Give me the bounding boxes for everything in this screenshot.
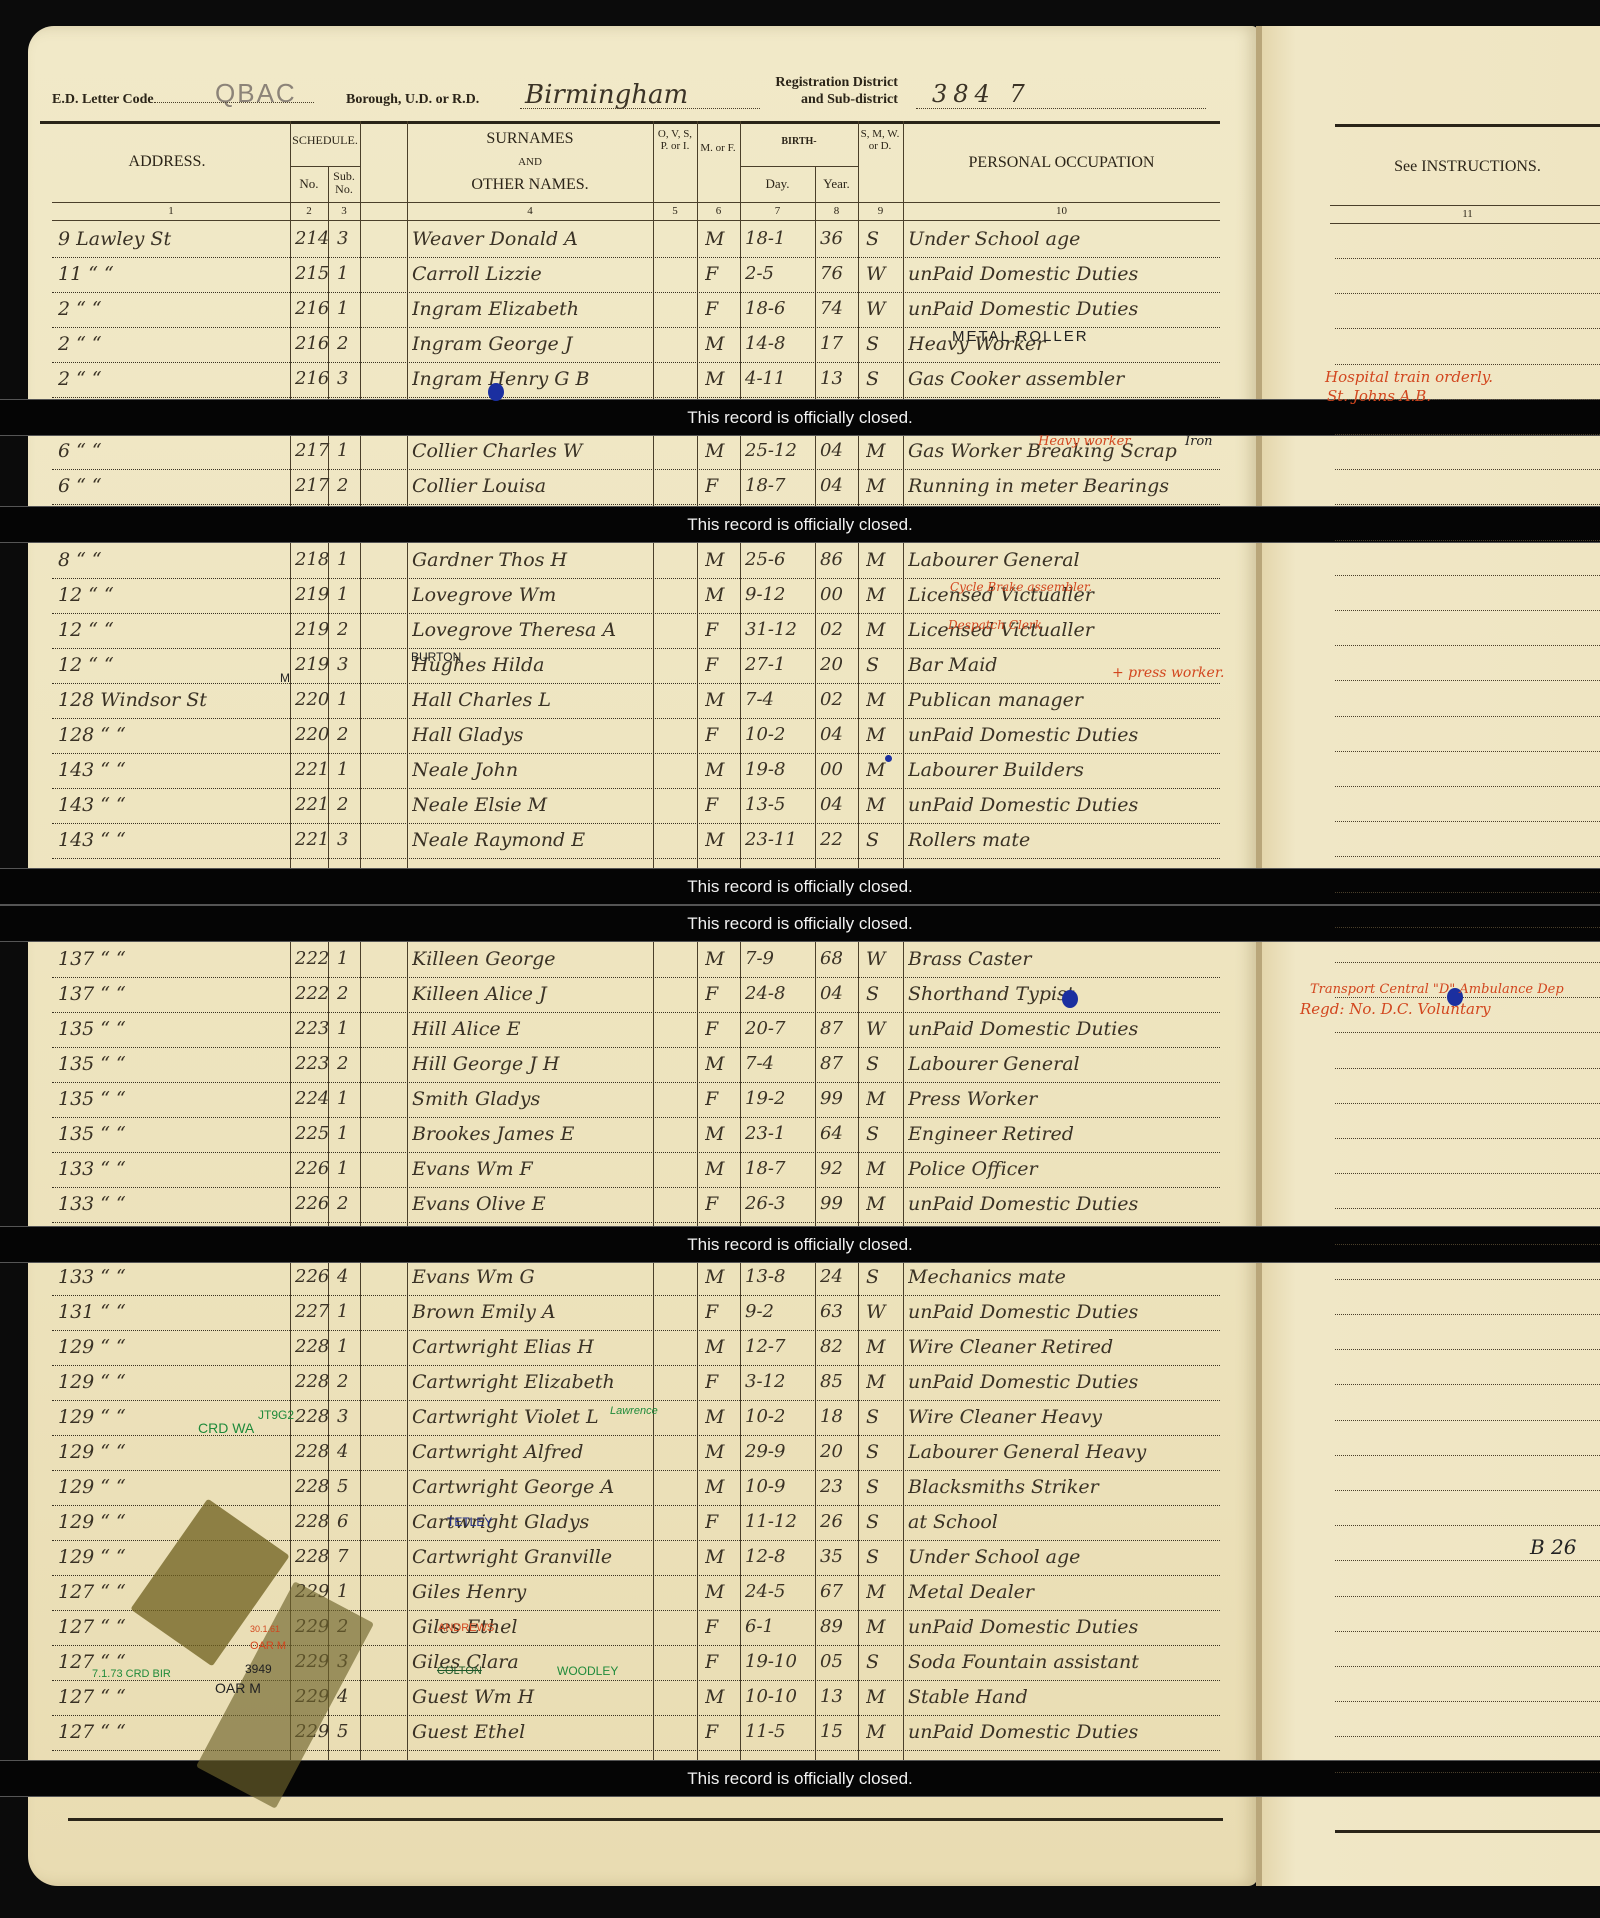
cell-year: 64 bbox=[820, 1123, 856, 1144]
census-row: 11 “ “2151Carroll LizzieF2-576WunPaid Do… bbox=[52, 257, 1220, 293]
ruled-line bbox=[1335, 257, 1600, 259]
annotation-metal-roller: METAL ROLLER bbox=[952, 328, 1089, 345]
census-row: 137 “ “2222Killeen Alice JF24-804SShorth… bbox=[52, 977, 1220, 1013]
census-row: 127 “ “2293Giles ClaraF19-1005SSoda Foun… bbox=[52, 1645, 1220, 1681]
cell-status: S bbox=[866, 1651, 896, 1673]
cell-occupation: Under School age bbox=[908, 1546, 1218, 1568]
cell-year: 13 bbox=[820, 1686, 856, 1707]
cell-day: 25-6 bbox=[745, 549, 813, 570]
cell-day: 23-1 bbox=[745, 1123, 813, 1144]
cell-day: 11-12 bbox=[745, 1511, 813, 1532]
col-header-sex: M. or F. bbox=[700, 142, 736, 154]
cell-address: 12 “ “ bbox=[58, 619, 283, 641]
census-row: 129 “ “2282Cartwright ElizabethF3-1285Mu… bbox=[52, 1365, 1220, 1401]
cell-year: 87 bbox=[820, 1053, 856, 1074]
cell-no: 222 bbox=[295, 983, 335, 1004]
cell-no: 222 bbox=[295, 948, 335, 969]
cell-no: 228 bbox=[295, 1511, 335, 1532]
cell-no: 216 bbox=[295, 298, 335, 319]
annotation-colton: COLTON bbox=[437, 1665, 482, 1677]
cell-status: W bbox=[866, 1018, 896, 1040]
ruled-line bbox=[1335, 1665, 1600, 1667]
cell-day: 31-12 bbox=[745, 619, 813, 640]
cell-name: Guest Wm H bbox=[412, 1686, 648, 1708]
cell-no: 217 bbox=[295, 475, 335, 496]
cell-name: Neale John bbox=[412, 759, 648, 781]
cell-sub: 1 bbox=[337, 1581, 357, 1602]
column-number: 9 bbox=[858, 205, 903, 217]
census-row: 135 “ “2251Brookes James EM23-164SEngine… bbox=[52, 1117, 1220, 1153]
census-row: 135 “ “2232Hill George J HM7-487SLaboure… bbox=[52, 1047, 1220, 1083]
census-row: 133 “ “2261Evans Wm FM18-792MPolice Offi… bbox=[52, 1152, 1220, 1188]
cell-sex: F bbox=[705, 654, 735, 676]
cell-sub: 1 bbox=[337, 1018, 357, 1039]
cell-day: 4-11 bbox=[745, 368, 813, 389]
cell-no: 227 bbox=[295, 1301, 335, 1322]
cell-name: Cartwright Granville bbox=[412, 1546, 648, 1568]
ruled-line bbox=[1335, 855, 1600, 857]
ruled-line bbox=[1335, 1172, 1600, 1174]
cell-name: Collier Charles W bbox=[412, 440, 648, 462]
cell-occupation: at School bbox=[908, 1511, 1218, 1533]
cell-occupation: unPaid Domestic Duties bbox=[908, 263, 1218, 285]
cell-address: 128 Windsor St bbox=[58, 689, 283, 711]
cell-name: Guest Ethel bbox=[412, 1721, 648, 1743]
cell-address: 137 “ “ bbox=[58, 948, 283, 970]
ruled-line bbox=[1335, 715, 1600, 717]
cell-sex: M bbox=[705, 1546, 735, 1568]
cell-address: 143 “ “ bbox=[58, 794, 283, 816]
cell-year: 04 bbox=[820, 475, 856, 496]
cell-sub: 4 bbox=[337, 1686, 357, 1707]
cell-status: M bbox=[866, 1616, 896, 1638]
cell-name: Cartwright George A bbox=[412, 1476, 648, 1498]
annotation-woodley: WOODLEY bbox=[557, 1664, 618, 1678]
cell-address: 8 “ “ bbox=[58, 549, 283, 571]
cell-no: 228 bbox=[295, 1371, 335, 1392]
cell-occupation: unPaid Domestic Duties bbox=[908, 1193, 1218, 1215]
cell-name: Carroll Lizzie bbox=[412, 263, 648, 285]
cell-day: 10-10 bbox=[745, 1686, 813, 1707]
cell-no: 228 bbox=[295, 1546, 335, 1567]
cell-status: S bbox=[866, 333, 896, 355]
cell-day: 27-1 bbox=[745, 654, 813, 675]
cell-day: 2-5 bbox=[745, 263, 813, 284]
census-row: 133 “ “2262Evans Olive EF26-399MunPaid D… bbox=[52, 1187, 1220, 1223]
cell-sub: 7 bbox=[337, 1546, 357, 1567]
cell-year: 02 bbox=[820, 619, 856, 640]
ruled-line bbox=[1335, 1771, 1600, 1773]
annotation-st-johns: St. Johns A.B. bbox=[1327, 387, 1431, 405]
cell-sex: M bbox=[705, 1158, 735, 1180]
cell-day: 13-5 bbox=[745, 794, 813, 815]
cell-address: 129 “ “ bbox=[58, 1476, 283, 1498]
cell-sex: M bbox=[705, 829, 735, 851]
cell-day: 19-10 bbox=[745, 1651, 813, 1672]
cell-sub: 1 bbox=[337, 549, 357, 570]
cell-status: W bbox=[866, 1301, 896, 1323]
cell-sub: 1 bbox=[337, 1158, 357, 1179]
cell-day: 29-9 bbox=[745, 1441, 813, 1462]
col-header-schedule-sub: Sub. No. bbox=[328, 170, 360, 196]
cell-name: Weaver Donald A bbox=[412, 228, 648, 250]
cell-sub: 5 bbox=[337, 1721, 357, 1742]
ruled-line bbox=[1335, 1067, 1600, 1069]
cell-sex: F bbox=[705, 1371, 735, 1393]
cell-status: S bbox=[866, 1441, 896, 1463]
census-row: 6 “ “2172Collier LouisaF18-704MRunning i… bbox=[52, 469, 1220, 505]
cell-day: 18-7 bbox=[745, 475, 813, 496]
cell-sub: 2 bbox=[337, 983, 357, 1004]
header-bottom-rule bbox=[52, 202, 1220, 203]
right-header-bottom-rule bbox=[1330, 205, 1600, 206]
census-row: 143 “ “2213Neale Raymond EM23-1122SRolle… bbox=[52, 823, 1220, 859]
cell-occupation: Engineer Retired bbox=[908, 1123, 1218, 1145]
cell-address: 12 “ “ bbox=[58, 584, 283, 606]
cell-status: M bbox=[866, 619, 896, 641]
cell-year: 99 bbox=[820, 1193, 856, 1214]
ink-dot bbox=[885, 755, 892, 762]
ruled-line bbox=[1335, 1559, 1600, 1561]
ruled-line bbox=[1335, 1383, 1600, 1385]
cell-address: 133 “ “ bbox=[58, 1266, 283, 1288]
cell-address: 135 “ “ bbox=[58, 1088, 283, 1110]
ruled-line bbox=[1335, 1207, 1600, 1209]
ruled-line bbox=[1335, 503, 1600, 505]
ruled-line bbox=[1335, 574, 1600, 576]
cell-no: 219 bbox=[295, 654, 335, 675]
cell-year: 86 bbox=[820, 549, 856, 570]
cell-day: 9-2 bbox=[745, 1301, 813, 1322]
ruled-line bbox=[1335, 1489, 1600, 1491]
cell-sub: 3 bbox=[337, 654, 357, 675]
cell-address: 128 “ “ bbox=[58, 724, 283, 746]
cell-year: 89 bbox=[820, 1616, 856, 1637]
cell-sub: 1 bbox=[337, 1123, 357, 1144]
borough-value: Birmingham bbox=[525, 80, 688, 110]
cell-no: 228 bbox=[295, 1441, 335, 1462]
cell-year: 85 bbox=[820, 1371, 856, 1392]
cell-day: 25-12 bbox=[745, 440, 813, 461]
cell-sex: F bbox=[705, 1511, 735, 1533]
cell-day: 10-9 bbox=[745, 1476, 813, 1497]
cell-sex: F bbox=[705, 794, 735, 816]
cell-sub: 3 bbox=[337, 368, 357, 389]
ruled-line bbox=[1335, 644, 1600, 646]
cell-no: 221 bbox=[295, 794, 335, 815]
col-header-ovspi: O, V, S, P. or I. bbox=[655, 128, 695, 152]
borough-dotted-line bbox=[520, 108, 760, 109]
cell-name: Giles Henry bbox=[412, 1581, 648, 1603]
cell-name: Hall Gladys bbox=[412, 724, 648, 746]
cell-day: 10-2 bbox=[745, 724, 813, 745]
cell-status: M bbox=[866, 1686, 896, 1708]
annotation-lawrence: Lawrence bbox=[610, 1405, 658, 1417]
cell-occupation: Publican manager bbox=[908, 689, 1218, 711]
col-header-birth: BIRTH- bbox=[740, 136, 858, 147]
ruled-line bbox=[1335, 1454, 1600, 1456]
cell-sub: 1 bbox=[337, 759, 357, 780]
cell-name: Hall Charles L bbox=[412, 689, 648, 711]
cell-address: 2 “ “ bbox=[58, 298, 283, 320]
annotation-green-crd: CRD WA bbox=[198, 1420, 254, 1436]
cell-day: 24-5 bbox=[745, 1581, 813, 1602]
cell-status: M bbox=[866, 584, 896, 606]
cell-status: S bbox=[866, 1476, 896, 1498]
col-header-and: AND bbox=[407, 156, 653, 168]
cell-address: 12 “ “ bbox=[58, 654, 283, 676]
cell-sex: F bbox=[705, 619, 735, 641]
closed-record-banner: This record is officially closed. bbox=[0, 905, 1600, 942]
cell-occupation: Brass Caster bbox=[908, 948, 1218, 970]
cell-status: M bbox=[866, 1158, 896, 1180]
column-number: 6 bbox=[697, 205, 740, 217]
cell-occupation: Metal Dealer bbox=[908, 1581, 1218, 1603]
cell-sub: 1 bbox=[337, 584, 357, 605]
cell-sex: M bbox=[705, 689, 735, 711]
cell-day: 10-2 bbox=[745, 1406, 813, 1427]
cell-status: S bbox=[866, 1511, 896, 1533]
annotation-m-mark: M bbox=[280, 671, 290, 685]
cell-sub: 2 bbox=[337, 475, 357, 496]
cell-sub: 2 bbox=[337, 724, 357, 745]
census-row: 2 “ “2163Ingram Henry G BM4-1113SGas Coo… bbox=[52, 362, 1220, 398]
col-header-day: Day. bbox=[740, 177, 815, 191]
cell-name: Neale Elsie M bbox=[412, 794, 648, 816]
cell-sex: M bbox=[705, 440, 735, 462]
cell-sub: 2 bbox=[337, 1053, 357, 1074]
cell-sex: F bbox=[705, 1088, 735, 1110]
cell-address: 2 “ “ bbox=[58, 333, 283, 355]
cell-status: S bbox=[866, 1546, 896, 1568]
ink-blot bbox=[1062, 990, 1078, 1008]
census-row: 135 “ “2241Smith GladysF19-299MPress Wor… bbox=[52, 1082, 1220, 1118]
cell-day: 12-8 bbox=[745, 1546, 813, 1567]
cell-status: W bbox=[866, 948, 896, 970]
cell-no: 223 bbox=[295, 1053, 335, 1074]
cell-occupation: Police Officer bbox=[908, 1158, 1218, 1180]
cell-address: 2 “ “ bbox=[58, 368, 283, 390]
cell-status: S bbox=[866, 1406, 896, 1428]
right-number-rule bbox=[1330, 223, 1600, 224]
col-header-other-names: OTHER NAMES. bbox=[407, 176, 653, 194]
cell-sex: F bbox=[705, 1616, 735, 1638]
cell-status: M bbox=[866, 724, 896, 746]
registration-dotted-line bbox=[916, 108, 1206, 109]
annotation-burton: BURTON bbox=[411, 650, 461, 664]
cell-year: 04 bbox=[820, 724, 856, 745]
cell-status: M bbox=[866, 1581, 896, 1603]
ed-letter-code-label: E.D. Letter Code bbox=[52, 92, 314, 108]
cell-sex: M bbox=[705, 948, 735, 970]
cell-day: 20-7 bbox=[745, 1018, 813, 1039]
cell-year: 15 bbox=[820, 1721, 856, 1742]
cell-occupation: Soda Fountain assistant bbox=[908, 1651, 1218, 1673]
col-header-year: Year. bbox=[815, 177, 858, 191]
cell-day: 23-11 bbox=[745, 829, 813, 850]
annotation-transport-central: Transport Central "D" Ambulance Dep bbox=[1310, 982, 1564, 997]
cell-occupation: Gas Cooker assembler bbox=[908, 368, 1218, 390]
annotation-despatch-clerk: Despatch Clerk bbox=[948, 618, 1042, 632]
cell-name: Evans Wm F bbox=[412, 1158, 648, 1180]
cell-address: 135 “ “ bbox=[58, 1123, 283, 1145]
cell-sex: M bbox=[705, 1336, 735, 1358]
cell-occupation: Wire Cleaner Heavy bbox=[908, 1406, 1218, 1428]
cell-day: 19-2 bbox=[745, 1088, 813, 1109]
annotation-andrews: ANDREWS bbox=[438, 1622, 494, 1634]
ruled-line bbox=[1335, 609, 1600, 611]
cell-address: 133 “ “ bbox=[58, 1158, 283, 1180]
cell-no: 216 bbox=[295, 368, 335, 389]
census-row: 9 Lawley St2143Weaver Donald AM18-136SUn… bbox=[52, 222, 1220, 258]
ruled-line bbox=[1335, 1313, 1600, 1315]
cell-sub: 1 bbox=[337, 689, 357, 710]
cell-status: S bbox=[866, 368, 896, 390]
cell-year: 18 bbox=[820, 1406, 856, 1427]
cell-occupation: unPaid Domestic Duties bbox=[908, 298, 1218, 320]
cell-occupation: unPaid Domestic Duties bbox=[908, 1721, 1218, 1743]
cell-occupation: Running in meter Bearings bbox=[908, 475, 1218, 497]
cell-sex: M bbox=[705, 759, 735, 781]
ruled-line bbox=[1335, 891, 1600, 893]
cell-year: 87 bbox=[820, 1018, 856, 1039]
cell-occupation: Stable Hand bbox=[908, 1686, 1218, 1708]
cell-status: S bbox=[866, 1123, 896, 1145]
ruled-line bbox=[1335, 926, 1600, 928]
annotation-green-left: 7.1.73 CRD BIR bbox=[92, 1668, 172, 1681]
cell-day: 3-12 bbox=[745, 1371, 813, 1392]
ruled-line bbox=[1335, 1278, 1600, 1280]
cell-sex: M bbox=[705, 1476, 735, 1498]
census-row: 129 “ “2285Cartwright George AM10-923SBl… bbox=[52, 1470, 1220, 1506]
cell-year: 04 bbox=[820, 794, 856, 815]
cell-address: 6 “ “ bbox=[58, 440, 283, 462]
cell-no: 228 bbox=[295, 1476, 335, 1497]
cell-status: M bbox=[866, 549, 896, 571]
cell-address: 143 “ “ bbox=[58, 759, 283, 781]
cell-year: 00 bbox=[820, 759, 856, 780]
column-number: 1 bbox=[52, 205, 290, 217]
registration-value: 384 7 bbox=[932, 80, 1031, 108]
column-number-rule bbox=[52, 220, 1220, 221]
cell-name: Lovegrove Theresa A bbox=[412, 619, 648, 641]
birth-sub-rule bbox=[740, 166, 858, 167]
census-row: 12 “ “2193Hughes HildaF27-120SBar Maid bbox=[52, 648, 1220, 684]
cell-occupation: Labourer General bbox=[908, 549, 1218, 571]
cell-sub: 2 bbox=[337, 333, 357, 354]
right-header-top-rule bbox=[1335, 124, 1600, 127]
annotation-3949: 3949 bbox=[245, 1662, 272, 1676]
cell-status: M bbox=[866, 475, 896, 497]
cell-sex: M bbox=[705, 584, 735, 606]
cell-status: M bbox=[866, 440, 896, 462]
cell-status: S bbox=[866, 1053, 896, 1075]
cell-name: Hill George J H bbox=[412, 1053, 648, 1075]
census-row: 143 “ “2211Neale JohnM19-800MLabourer Bu… bbox=[52, 753, 1220, 789]
cell-no: 221 bbox=[295, 759, 335, 780]
column-number: 7 bbox=[740, 205, 815, 217]
annotation-green-code: JT9G2 bbox=[258, 1408, 294, 1422]
annotation-oar-m-2: OAR M bbox=[215, 1680, 261, 1696]
cell-status: S bbox=[866, 228, 896, 250]
column-number: 5 bbox=[653, 205, 697, 217]
cell-occupation: Under School age bbox=[908, 228, 1218, 250]
census-row: 129 “ “2281Cartwright Elias HM12-782MWir… bbox=[52, 1330, 1220, 1366]
cell-sex: F bbox=[705, 1193, 735, 1215]
ruled-line bbox=[1335, 539, 1600, 541]
cell-day: 18-7 bbox=[745, 1158, 813, 1179]
ruled-line bbox=[1335, 820, 1600, 822]
cell-name: Cartwright Elizabeth bbox=[412, 1371, 648, 1393]
cell-occupation: Mechanics mate bbox=[908, 1266, 1218, 1288]
cell-day: 19-8 bbox=[745, 759, 813, 780]
cell-name: Evans Olive E bbox=[412, 1193, 648, 1215]
cell-no: 220 bbox=[295, 689, 335, 710]
ruled-line bbox=[1335, 292, 1600, 294]
cell-status: M bbox=[866, 1088, 896, 1110]
cell-status: M bbox=[866, 1336, 896, 1358]
cell-status: W bbox=[866, 263, 896, 285]
cell-name: Cartwright Alfred bbox=[412, 1441, 648, 1463]
col-header-marital: S, M, W. or D. bbox=[860, 128, 900, 152]
ruled-line bbox=[1335, 1595, 1600, 1597]
cell-year: 99 bbox=[820, 1088, 856, 1109]
annotation-tetley: TETLEY bbox=[447, 1515, 492, 1529]
cell-sub: 2 bbox=[337, 794, 357, 815]
census-row: 133 “ “2264Evans Wm GM13-824SMechanics m… bbox=[52, 1260, 1220, 1296]
cell-address: 6 “ “ bbox=[58, 475, 283, 497]
cell-day: 24-8 bbox=[745, 983, 813, 1004]
ruled-line bbox=[1335, 468, 1600, 470]
cell-year: 76 bbox=[820, 263, 856, 284]
cell-sex: M bbox=[705, 1686, 735, 1708]
col-header-surnames: SURNAMES bbox=[407, 130, 653, 148]
ruled-line bbox=[1335, 1630, 1600, 1632]
right-bottom-rule bbox=[1335, 1830, 1600, 1833]
closed-record-banner: This record is officially closed. bbox=[0, 868, 1600, 905]
ruled-line bbox=[1335, 785, 1600, 787]
ruled-line bbox=[1335, 1735, 1600, 1737]
column-number: 10 bbox=[903, 205, 1220, 217]
ruled-line bbox=[1335, 327, 1600, 329]
cell-day: 9-12 bbox=[745, 584, 813, 605]
cell-year: 92 bbox=[820, 1158, 856, 1179]
ruled-line bbox=[1335, 363, 1600, 365]
cell-address: 129 “ “ bbox=[58, 1441, 283, 1463]
annotation-oar-m: OAR M bbox=[250, 1640, 286, 1652]
cell-address: 137 “ “ bbox=[58, 983, 283, 1005]
cell-sub: 2 bbox=[337, 1371, 357, 1392]
cell-name: Brown Emily A bbox=[412, 1301, 648, 1323]
cell-name: Killeen George bbox=[412, 948, 648, 970]
cell-sub: 3 bbox=[337, 1406, 357, 1427]
column-number: 11 bbox=[1335, 208, 1600, 220]
cell-name: Hill Alice E bbox=[412, 1018, 648, 1040]
ruled-line bbox=[1335, 1700, 1600, 1702]
annotation-right-b26: B 26 bbox=[1530, 1535, 1577, 1559]
cell-sex: F bbox=[705, 263, 735, 285]
census-row: 131 “ “2271Brown Emily AF9-263WunPaid Do… bbox=[52, 1295, 1220, 1331]
cell-sex: M bbox=[705, 1441, 735, 1463]
col-header-instructions: See INSTRUCTIONS. bbox=[1335, 158, 1600, 176]
cell-status: M bbox=[866, 1721, 896, 1743]
cell-year: 00 bbox=[820, 584, 856, 605]
cell-occupation: Blacksmiths Striker bbox=[908, 1476, 1218, 1498]
cell-day: 11-5 bbox=[745, 1721, 813, 1742]
ruled-line bbox=[1335, 433, 1600, 435]
cell-sub: 6 bbox=[337, 1511, 357, 1532]
table-bottom-rule bbox=[68, 1818, 1223, 1821]
